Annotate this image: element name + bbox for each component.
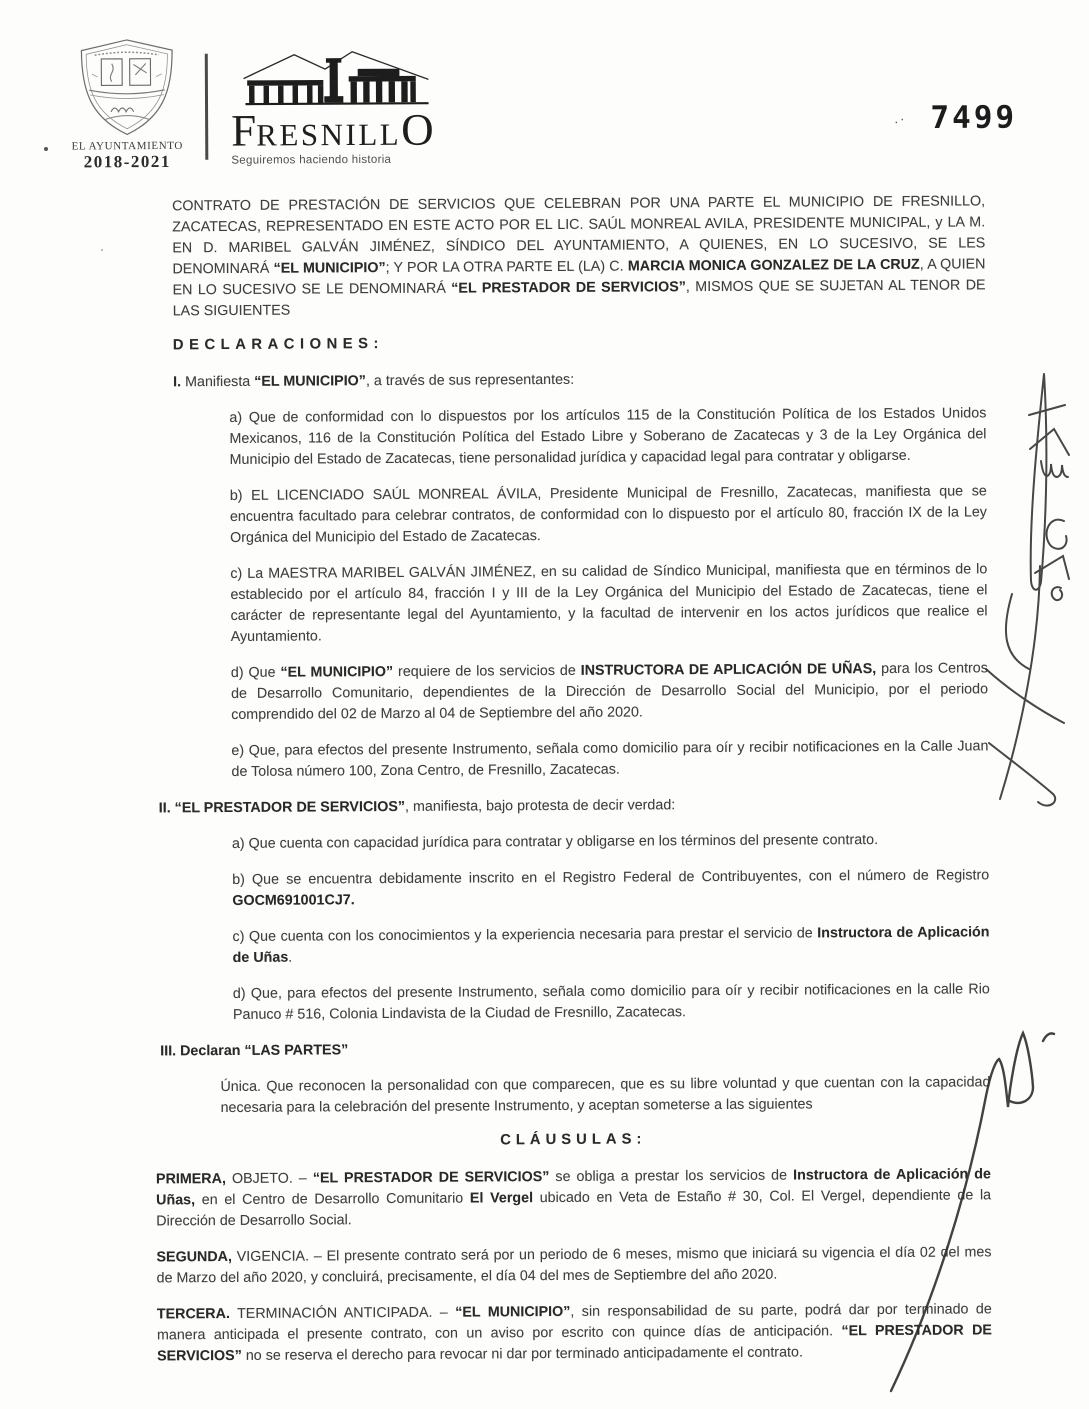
scanned-contract-page: EL AYUNTAMIENTO 2018-2021 <box>0 0 1089 1409</box>
text-segment: b) EL LICENCIADO SAÚL MONREAL ÁVILA, Pre… <box>230 483 987 546</box>
text-segment: se obliga a prestar los servicios de <box>549 1168 793 1185</box>
declaration-ii-d: d) Que, para efectos del presente Instru… <box>233 979 990 1026</box>
clause-primera: PRIMERA, OBJETO. – “EL PRESTADOR DE SERV… <box>156 1164 991 1232</box>
opening-paragraph: CONTRATO DE PRESTACIÓN DE SERVICIOS QUE … <box>172 191 986 322</box>
bold-text-segment: GOCM691001CJ7. <box>232 892 354 909</box>
crest-caption: EL AYUNTAMIENTO <box>70 140 184 153</box>
text-segment: d) Que <box>231 665 281 681</box>
text-segment: a) Que de conformidad con lo dispuestos … <box>229 405 986 468</box>
text-segment: VIGENCIA. – El presente contrato será po… <box>157 1244 992 1286</box>
bold-text-segment: MARCIA MONICA GONZALEZ DE LA CRUZ <box>628 257 920 275</box>
bold-text-segment: “EL PRESTADOR DE SERVICIOS” <box>313 1169 550 1186</box>
text-segment: OBJETO. – <box>226 1170 313 1187</box>
scan-speck <box>101 249 103 251</box>
text-segment: no se reserva el derecho para revocar ni… <box>242 1344 803 1363</box>
declaration-ii-c: c) Que cuenta con los conocimientos y la… <box>232 922 989 969</box>
brand-name: F RESNILL O <box>231 107 463 153</box>
declaration-i-b: b) EL LICENCIADO SAÚL MONREAL ÁVILA, Pre… <box>230 481 987 549</box>
text-segment: d) Que, para efectos del presente Instru… <box>233 981 990 1023</box>
text-segment: e) Que, para efectos del presente Instru… <box>231 738 988 780</box>
clause-segunda: SEGUNDA, VIGENCIA. – El presente contrat… <box>156 1242 991 1289</box>
clausulas-heading: CLÁUSULAS: <box>156 1129 991 1150</box>
crest-shield-icon <box>75 36 180 139</box>
bold-text-segment: “EL MUNICIPIO” <box>455 1304 570 1321</box>
bold-text-segment: El Vergel <box>470 1190 533 1206</box>
bold-text-segment: PRIMERA, <box>156 1171 226 1187</box>
bold-text-segment: SEGUNDA, <box>156 1249 232 1265</box>
section-iii-heading: III. Declaran “LAS PARTES” <box>160 1036 990 1062</box>
bold-text-segment: II. <box>159 800 171 816</box>
bold-text-segment: “EL MUNICIPIO” <box>254 373 366 390</box>
folio-stamp: .· 7499 <box>894 100 1017 137</box>
bold-text-segment: “EL MUNICIPIO” <box>280 664 393 681</box>
folio-prefix-mark: .· <box>894 111 906 126</box>
text-segment: Única. Que reconocen la personalidad con… <box>220 1074 990 1116</box>
text-segment: c) La MAESTRA MARIBEL GALVÁN JIMÉNEZ, en… <box>230 561 987 645</box>
text-segment: TERMINACIÓN ANTICIPADA. – <box>230 1305 455 1322</box>
header-divider <box>205 54 208 160</box>
text-segment: en el Centro de Desarrollo Comunitario <box>195 1191 470 1209</box>
section-i-heading: I. Manifiesta “EL MUNICIPIO”, a través d… <box>173 367 986 393</box>
folio-number: 7499 <box>930 100 1017 136</box>
text-segment: ; Y POR LA OTRA PARTE EL (LA) C. <box>386 259 628 276</box>
bold-text-segment: I. <box>173 374 181 390</box>
bold-text-segment: “EL MUNICIPIO” <box>274 260 386 277</box>
declaration-i-a: a) Que de conformidad con lo dispuestos … <box>229 403 986 471</box>
bold-text-segment: TERCERA. <box>157 1306 230 1322</box>
brand-letter-o: O <box>401 108 434 153</box>
declaration-ii-b: b) Que se encuentra debidamente inscrito… <box>232 865 989 912</box>
clause-tercera: TERCERA. TERMINACIÓN ANTICIPADA. – “EL M… <box>157 1299 992 1367</box>
text-segment: b) Que se encuentra debidamente inscrito… <box>232 867 989 888</box>
brand-letters-mid: RESNILL <box>256 119 401 151</box>
brand-letter-f: F <box>231 109 256 154</box>
text-segment: Manifiesta <box>181 374 254 390</box>
text-segment: , manifiesta, bajo protesta de decir ver… <box>405 797 675 815</box>
brand-tagline: Seguiremos haciendo historia <box>231 153 463 166</box>
fresnillo-logo: F RESNILL O Seguiremos haciendo historia <box>231 48 464 166</box>
text-segment: requiere de los servicios de <box>393 663 581 680</box>
section-ii-heading: II. “EL PRESTADOR DE SERVICIOS”, manifie… <box>159 793 989 819</box>
declaraciones-heading: DECLARACIONES: <box>173 332 986 353</box>
crest-years: 2018-2021 <box>70 152 184 173</box>
text-segment: a) Que cuenta con capacidad jurídica par… <box>232 832 878 852</box>
unica-paragraph: Única. Que reconocen la personalidad con… <box>220 1072 990 1119</box>
declaration-i-c: c) La MAESTRA MARIBEL GALVÁN JIMÉNEZ, en… <box>230 559 987 648</box>
scan-speck <box>44 147 48 151</box>
declaration-i-e: e) Que, para efectos del presente Instru… <box>231 736 988 783</box>
bold-text-segment: “EL PRESTADOR DE SERVICIOS” <box>451 279 686 296</box>
document-body: CONTRATO DE PRESTACIÓN DE SERVICIOS QUE … <box>0 191 1089 1384</box>
aqueduct-icon <box>231 49 443 108</box>
text-segment: . <box>288 950 292 966</box>
text-segment: , a través de sus representantes: <box>366 372 574 389</box>
declaration-i-d: d) Que “EL MUNICIPIO” requiere de los se… <box>231 658 988 726</box>
municipal-crest-logo: EL AYUNTAMIENTO 2018-2021 <box>70 36 185 173</box>
declaration-ii-a: a) Que cuenta con capacidad jurídica par… <box>232 829 989 855</box>
document-header: EL AYUNTAMIENTO 2018-2021 <box>0 0 1089 198</box>
bold-text-segment: III. Declaran “LAS PARTES” <box>160 1042 348 1059</box>
bold-text-segment: INSTRUCTORA DE APLICACIÓN DE UÑAS, <box>581 661 877 679</box>
text-segment: c) Que cuenta con los conocimientos y la… <box>232 925 817 945</box>
bold-text-segment: “EL PRESTADOR DE SERVICIOS” <box>175 799 405 816</box>
